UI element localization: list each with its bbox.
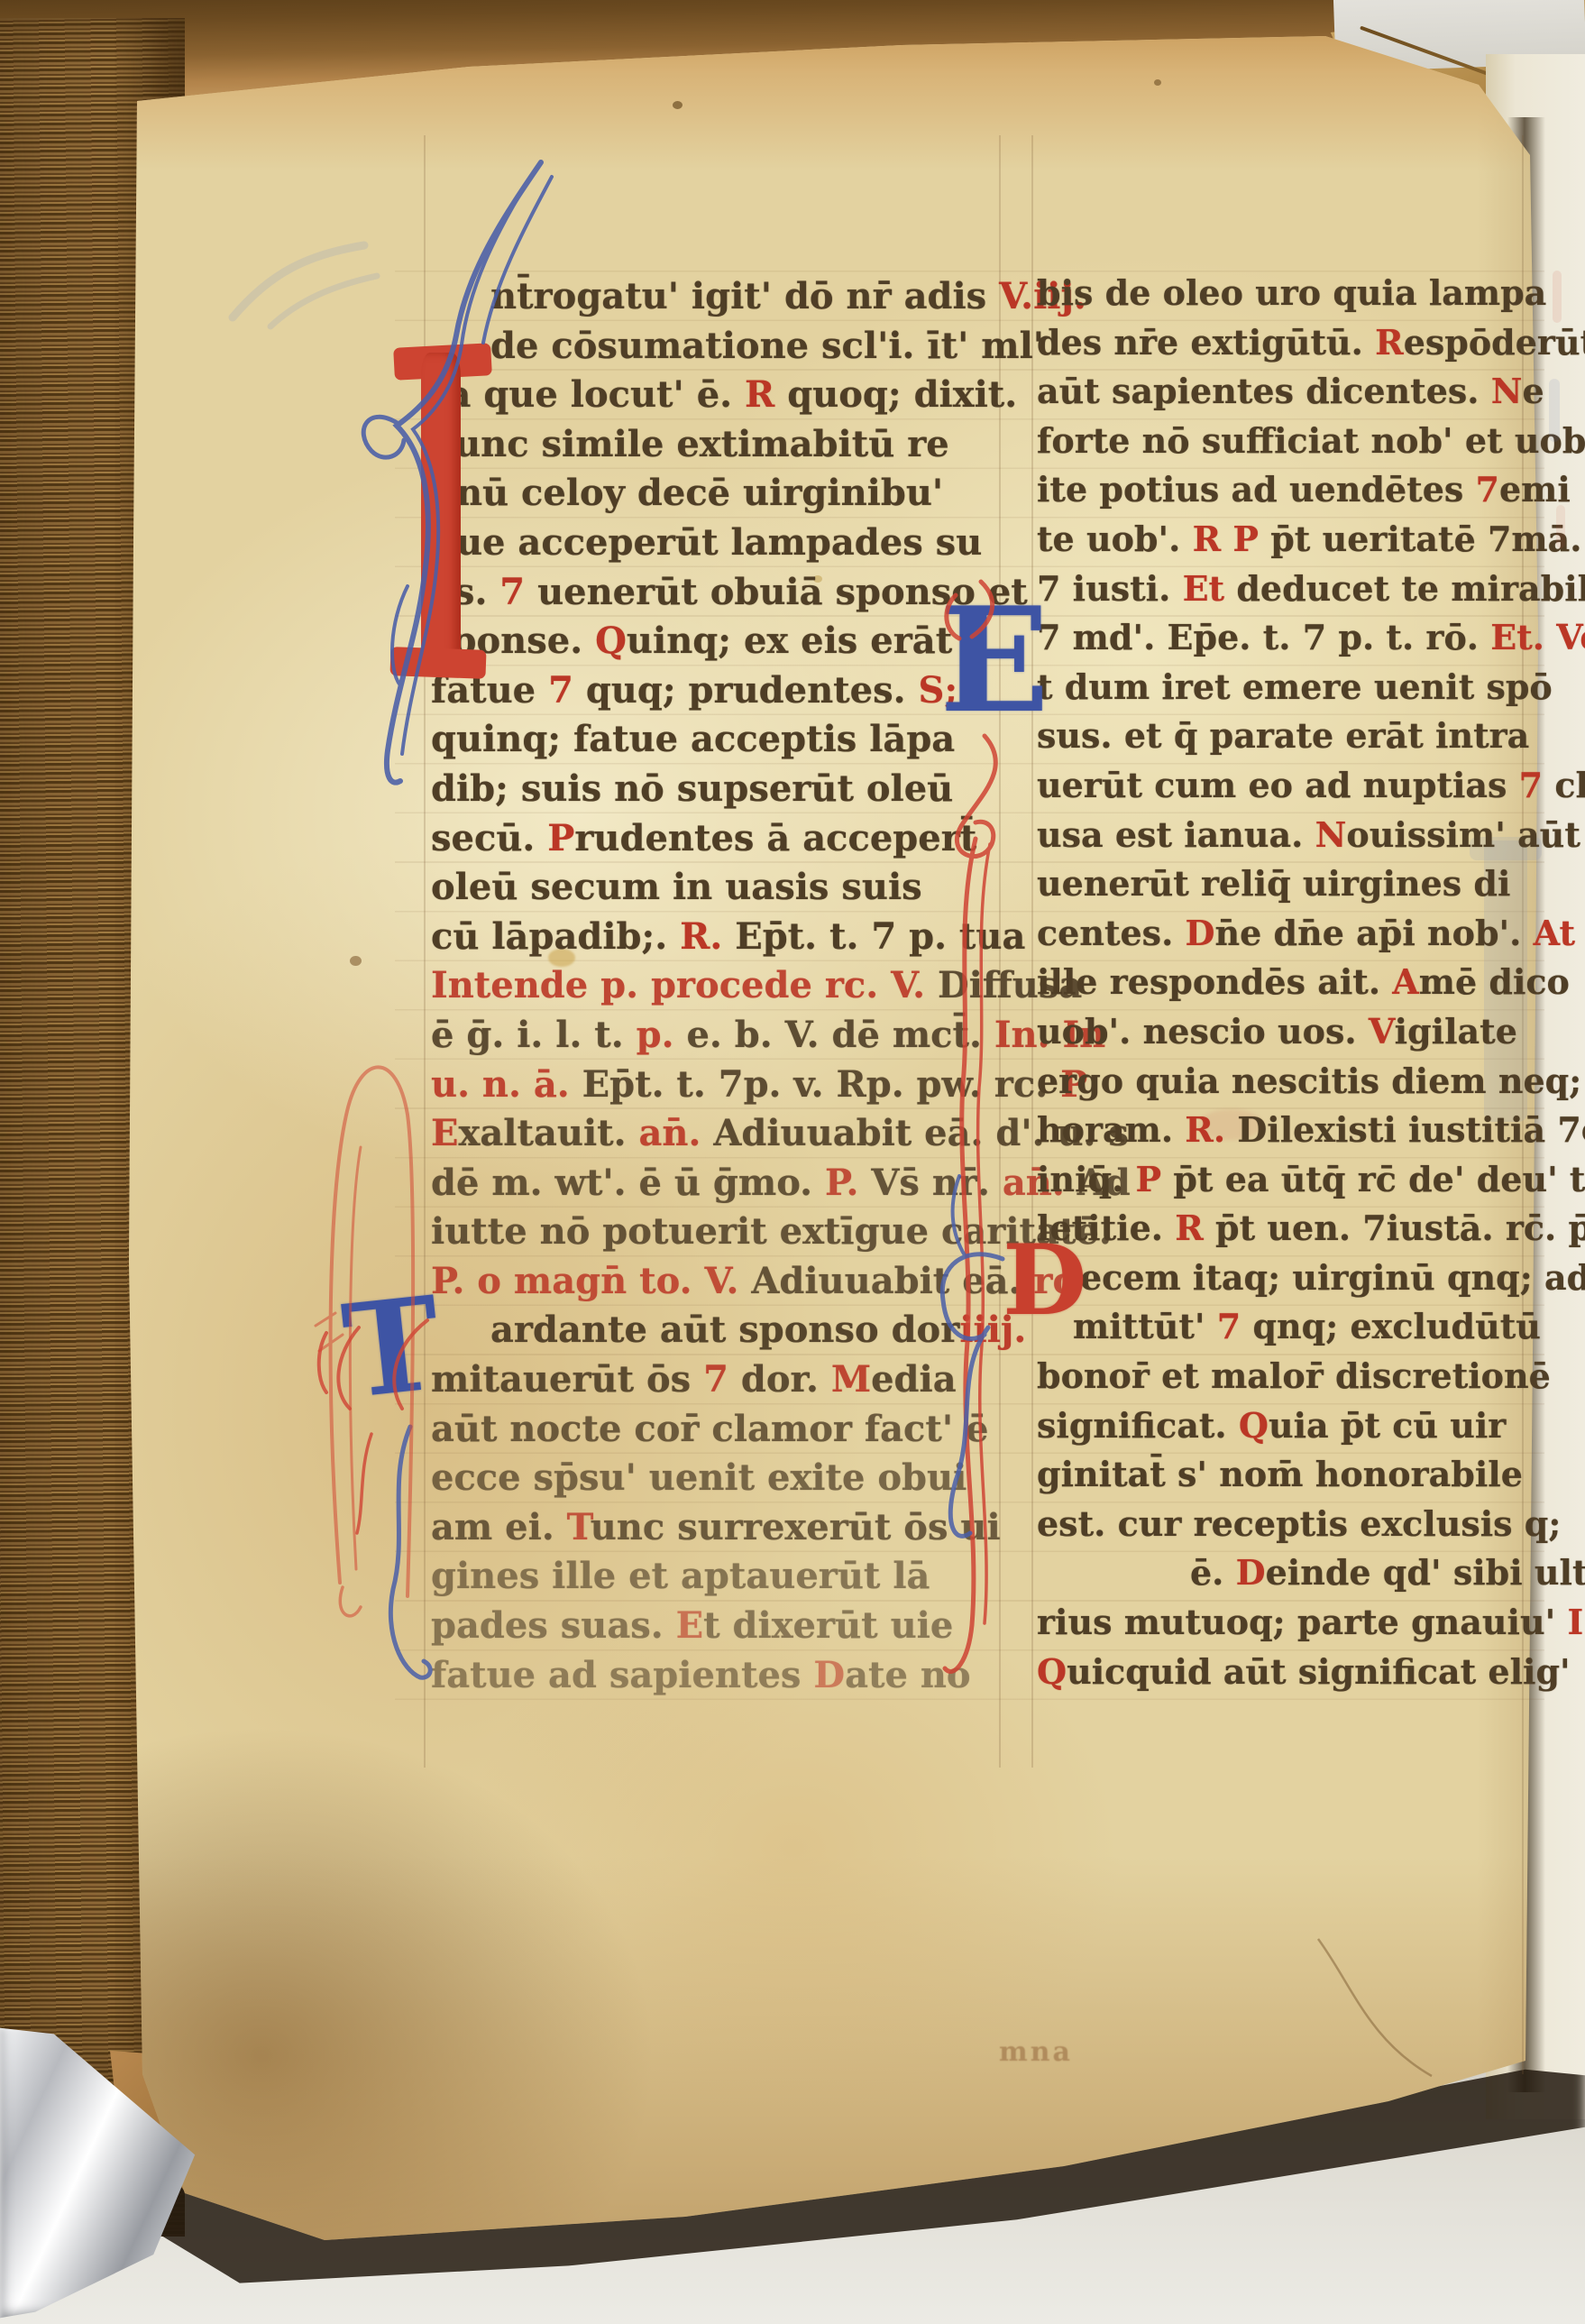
initial-T: T (338, 1280, 446, 1417)
body-text: ardante aūt sponso dor (490, 1309, 959, 1351)
body-text: usa est ianua. (1037, 814, 1315, 855)
body-text: te uob'. (1037, 519, 1193, 559)
manuscript-line: pades suas. Et dixerūt uie (431, 1602, 1008, 1651)
manuscript-line: rius mutuoq; parte gnauiu' I (1037, 1598, 1528, 1648)
manuscript-line: gnū celoy decē uirginibu' (431, 469, 1008, 519)
rubric-text: V (1369, 1011, 1395, 1052)
initial-I-serif (389, 647, 486, 679)
body-text: emi (1499, 469, 1571, 510)
body-text: einde qd' sibi ult (1266, 1552, 1585, 1593)
manuscript-line: uenerūt reliq̄ uirgines di (1037, 859, 1528, 909)
body-text: rius mutuoq; parte gnauiu' (1037, 1602, 1567, 1642)
body-text: quoq; dixit. (774, 373, 1017, 416)
body-text: forte nō sufficiat nob' et uob' (1037, 420, 1585, 461)
rubric-text: N (1315, 814, 1347, 855)
rubric-text: D (813, 1654, 845, 1696)
rubric-text: 7 (548, 669, 573, 712)
manuscript-line: que acceperūt lampades su (431, 519, 1008, 568)
body-text: Dilexisti iustitiā 7odi (1225, 1109, 1585, 1150)
manuscript-line: cū lāpadib;. R. Ep̄t. t. 7 p. tua (431, 913, 1008, 962)
manuscript-line: dē m. wt'. ē ū ḡmo. P. Vs̄ nr̄. an̄.… (431, 1159, 1008, 1208)
initial-I: I (394, 345, 491, 677)
rubric-text: Q (1239, 1405, 1269, 1446)
body-text: bonor̄ et malor̄ discretionē (1037, 1355, 1551, 1396)
rubric-text: Et (1183, 568, 1225, 609)
rubric-text: R. (1185, 1109, 1225, 1150)
rubric-text: p. (637, 1014, 674, 1056)
manuscript-line: ginitat̄ s' nom̄ honorabile (1037, 1450, 1528, 1500)
manuscript-line: nt̄rogatu' igit' dō nr̄ adis V.iij. (431, 272, 1008, 322)
catchword: mna (999, 2036, 1073, 2068)
body-text: ē ḡ. i. l. t. (431, 1014, 637, 1056)
body-text: igilate (1395, 1011, 1517, 1052)
rubric-text: P. o magn̄ to. V. (431, 1260, 751, 1302)
manuscript-line: aūt nocte cor̄ clamor fact' ē (431, 1405, 1008, 1455)
body-text: aūt nocte cor̄ clamor fact' ē (431, 1408, 988, 1450)
rubric-text: 7 (1476, 469, 1499, 510)
body-text: cū lāpadib;. (431, 915, 680, 958)
rubric-text: R (1375, 322, 1404, 363)
body-text: unc simile extimabitū re (454, 423, 949, 465)
body-text: nt̄rogatu' igit' dō nr̄ adis (490, 275, 986, 317)
body-text: ē. (1190, 1552, 1236, 1593)
manuscript-line: mitauerūt ōs 7 dor. Media (431, 1355, 1008, 1405)
manuscript-line: bis de oleo uro quia lampa (1037, 269, 1528, 318)
manuscript-line: letitie. R p̄t uen. 7iustā. rc̄. p̄t. V… (1037, 1204, 1528, 1254)
rubric-text: 7 (703, 1358, 728, 1401)
manuscript-line: am ei. Tunc surrexerūt ōs ui (431, 1503, 1008, 1553)
manuscript-photo: nt̄rogatu' igit' dō nr̄ adis V.iij.de c… (0, 0, 1585, 2324)
manuscript-line: ta que locut' ē. R quoq; dixit. (431, 371, 1008, 420)
body-text: qnq; excludūtū (1241, 1306, 1541, 1346)
body-text: mittūt' (1073, 1306, 1217, 1346)
manuscript-line: aūt sapientes dicentes. Ne (1037, 367, 1528, 417)
manuscript-line: ergo quia nescitis diem neq; (1037, 1057, 1528, 1107)
body-text: ille respondēs ait. (1037, 961, 1392, 1002)
body-text: xaltauit. (459, 1112, 639, 1154)
body-text: dē m. wt'. ē ū ḡmo. (431, 1162, 825, 1204)
body-text: dib; suis nō supserūt oleū (431, 767, 953, 810)
manuscript-line: 7 iusti. Et deducet te mirabili. dex (1037, 565, 1528, 614)
rubric-text: R. (680, 915, 722, 958)
body-text: t dixerūt uie (703, 1604, 953, 1647)
body-text: fatue ad sapientes (431, 1654, 813, 1696)
manuscript-line: significat. Quia p̄t cū uir (1037, 1401, 1528, 1451)
manuscript-line: gines ille et aptauerūt lā (431, 1552, 1008, 1602)
manuscript-line: Intende p. procede rc. V. Diffusa (431, 961, 1008, 1011)
manuscript-line: ē ḡ. i. l. t. p. e. b. V. dē mct̄. In… (431, 1011, 1008, 1061)
body-text: aūt sapientes dicentes. (1037, 371, 1491, 411)
body-text: Vs̄ nr̄. (858, 1162, 1002, 1204)
body-text: ergo quia nescitis diem neq; (1037, 1061, 1581, 1101)
body-text: uia p̄t cū uir (1269, 1405, 1506, 1446)
initial-I-stem (421, 353, 461, 668)
manuscript-line: ite potius ad uendētes 7emi (1037, 465, 1528, 515)
body-text: pades suas. (431, 1604, 676, 1647)
body-text: p̄t ea ūtq̄ rc̄ de' deu' tuū olō (1161, 1159, 1585, 1199)
body-text: 7 iusti. (1037, 568, 1183, 609)
body-text: ouissim' aūt (1346, 814, 1580, 855)
manuscript-line: sponse. Quinq; ex eis erāt (431, 617, 1008, 666)
body-text: bis de oleo uro quia lampa (1037, 272, 1546, 313)
body-text: Ep̄t. t. 7p. v. Rp. pw. rc. (582, 1063, 1060, 1106)
rubric-text: P (1136, 1159, 1162, 1199)
manuscript-line: ē. Deinde qd' sibi ult (1037, 1548, 1528, 1598)
manuscript-line: forte nō sufficiat nob' et uob' (1037, 417, 1528, 466)
body-text: uicquid aūt significat elig' (1067, 1651, 1571, 1692)
body-text: ite potius ad uendētes (1037, 469, 1476, 510)
ruling-vertical (1031, 135, 1033, 1768)
body-text: centes. (1037, 913, 1186, 953)
manuscript-line: fatue ad sapientes Date no (431, 1651, 1008, 1701)
body-text: n̄e dn̄e ap̄i nob'. (1214, 913, 1533, 953)
body-text: ecem itaq; uirginū qnq; ad (1080, 1257, 1585, 1298)
body-text: que acceperūt lampades su (431, 521, 982, 564)
manuscript-line: usa est ianua. Nouissim' aūt (1037, 811, 1528, 860)
body-text: Adiuuabit eā. (751, 1260, 1033, 1302)
rubric-text: D (1236, 1552, 1266, 1593)
rubric-text: Et. Ve. V. (1490, 617, 1585, 657)
rubric-text: At (1534, 913, 1575, 953)
body-text: uenerūt reliq̄ uirgines di (1037, 863, 1510, 904)
manuscript-line: as. 7 uenerūt obuiā sponso et (431, 568, 1008, 618)
body-text: mē dico (1419, 961, 1570, 1002)
manuscript-line: Exaltauit. an̄. Adiuuabit eā. d'. u. s (431, 1109, 1008, 1159)
initial-D: D (1003, 1232, 1087, 1329)
body-text: quq; prudentes. (573, 669, 919, 712)
manuscript-line: ecem itaq; uirginū qnq; ad (1037, 1254, 1528, 1303)
manuscript-line: horam. R. Dilexisti iustitiā 7odi (1037, 1106, 1528, 1155)
rubric-text: R (1175, 1208, 1204, 1248)
body-text: gines ille et aptauerūt lā (431, 1555, 930, 1597)
body-text: 7 md'. Ep̄e. t. 7 p. t. rō. (1037, 617, 1490, 657)
body-text: oleū secum in uasis suis (431, 866, 922, 908)
manuscript-line: uob'. nescio uos. Vigilate (1037, 1007, 1528, 1057)
body-text: p̄t ueritatē 7mā. (1259, 519, 1581, 559)
body-text: est. cur receptis exclusis q; (1037, 1503, 1561, 1544)
rubric-text: u. n. ā. (431, 1063, 582, 1106)
body-text: uerūt cum eo ad nuptias (1037, 765, 1519, 805)
manuscript-line: Tunc simile extimabitū re (431, 420, 1008, 470)
body-text: t dum iret emere uenit spō (1037, 666, 1553, 707)
manuscript-line: sus. et q̄ parate erāt intra (1037, 712, 1528, 761)
manuscript-line: t dum iret emere uenit spō (1037, 663, 1528, 712)
manuscript-line: P. o magn̄ to. V. Adiuuabit eā. rc (431, 1257, 1008, 1307)
manuscript-line: ardante aūt sponso doriiij. (431, 1306, 1008, 1355)
body-text: Ep̄t. t. 7 p. tua (722, 915, 1025, 958)
body-text: e. b. V. dē mct̄. (674, 1014, 994, 1056)
body-text: ginitat̄ s' nom̄ honorabile (1037, 1454, 1523, 1494)
body-text: secū. (431, 817, 547, 859)
manuscript-line: bonor̄ et malor̄ discretionē (1037, 1352, 1528, 1401)
body-text: e (1522, 371, 1544, 411)
rubric-text: E (676, 1604, 704, 1647)
manuscript-line: centes. Dn̄e dn̄e ap̄i nob'. At (1037, 909, 1528, 959)
rubric-text: R (745, 373, 774, 416)
text-column-left: nt̄rogatu' igit' dō nr̄ adis V.iij.de c… (431, 272, 1008, 1700)
body-text: rudentes ā accepert̄ (574, 817, 976, 859)
initial-letter: I (394, 345, 395, 346)
manuscript-line: quinq; fatue acceptis lāpa (431, 715, 1008, 765)
manuscript-line: des nr̄e extigūtū. Respōderūt (1037, 318, 1528, 368)
manuscript-line: oleū secum in uasis suis (431, 863, 1008, 913)
manuscript-line: 7 md'. Ep̄e. t. 7 p. t. rō. Et. Ve. V. (1037, 613, 1528, 663)
rubric-text: Intende p. procede rc. V. (431, 964, 938, 1006)
manuscript-line: iniq̄. P p̄t ea ūtq̄ rc̄ de' deu' tuū … (1037, 1155, 1528, 1205)
parchment-stain (350, 956, 362, 966)
body-text: uinq; ex eis erāt (627, 620, 952, 662)
body-text: espōderūt (1404, 322, 1585, 363)
manuscript-line: u. n. ā. Ep̄t. t. 7p. v. Rp. pw. rc. P (431, 1061, 1008, 1110)
manuscript-line: fatue 7 quq; prudentes. S; (431, 666, 1008, 716)
ink-stain (1154, 79, 1161, 86)
rubric-text: R P (1193, 519, 1259, 559)
body-text: iniq̄. (1037, 1159, 1136, 1199)
ink-stain (673, 101, 683, 109)
body-text: am ei. (431, 1506, 567, 1548)
manuscript-line: de cōsumatione scl'i. īt' ml' (431, 322, 1008, 372)
body-text: sus. et q̄ parate erāt intra (1037, 715, 1529, 756)
body-text: unc surrexerūt ōs ui (591, 1506, 1001, 1548)
rubric-text: 7 (1217, 1306, 1241, 1346)
manuscript-line: Quicquid aūt significat elig' (1037, 1648, 1528, 1697)
manuscript-line: te uob'. R P p̄t ueritatē 7mā. (1037, 515, 1528, 565)
body-text: quinq; fatue acceptis lāpa (431, 718, 955, 760)
manuscript-line: iutte nō potuerit extīgue caritatē. (431, 1208, 1008, 1257)
initial-E: E (939, 588, 1049, 732)
body-text: ecce sp̄su' uenit exite obui (431, 1456, 967, 1499)
rubric-text: D (1186, 913, 1215, 953)
body-text: dor. (728, 1358, 831, 1401)
rubric-text: P. (825, 1162, 858, 1204)
manuscript-line: dib; suis nō supserūt oleū (431, 765, 1008, 814)
body-text: de cōsumatione scl'i. īt' ml' (490, 325, 1044, 367)
body-text: des nr̄e extigūtū. (1037, 322, 1375, 363)
manuscript-line: ille respondēs ait. Amē dico (1037, 958, 1528, 1007)
rubric-text: P (547, 817, 574, 859)
text-column-right: bis de oleo uro quia lampades nr̄e extig… (1037, 269, 1528, 1696)
manuscript-line: mittūt' 7 qnq; excludūtū (1037, 1302, 1528, 1352)
rubric-text: Q (595, 620, 627, 662)
body-text: edia (871, 1358, 957, 1401)
body-text: horam. (1037, 1109, 1185, 1150)
rubric-text: Q (1037, 1651, 1067, 1692)
rubric-text: 7 (1519, 765, 1543, 805)
rubric-text: 7 (499, 571, 525, 613)
body-text: ate no (845, 1654, 971, 1696)
rubric-text: E (431, 1112, 459, 1154)
manuscript-line: est. cur receptis exclusis q; (1037, 1500, 1528, 1549)
body-text: uob'. nescio uos. (1037, 1011, 1369, 1052)
body-text: significat. (1037, 1405, 1239, 1446)
body-text: deducet te mirabili. dex (1224, 568, 1585, 609)
rubric-text: an̄. (638, 1112, 701, 1154)
manuscript-line: ecce sp̄su' uenit exite obui (431, 1454, 1008, 1503)
manuscript-line: secū. Prudentes ā accepert̄ (431, 814, 1008, 864)
rubric-text: N (1491, 371, 1523, 411)
rubric-text: T (567, 1506, 591, 1548)
rubric-text: A (1392, 961, 1418, 1002)
manuscript-line: uerūt cum eo ad nuptias 7 cla (1037, 761, 1528, 811)
body-text: mitauerūt ōs (431, 1358, 703, 1401)
body-text: p̄t uen. 7iustā. rc̄. p̄t. (1204, 1208, 1585, 1248)
rubric-text: M (831, 1358, 871, 1401)
rubric-text: I (1567, 1602, 1583, 1642)
body-text: cla (1543, 765, 1585, 805)
body-text: gnū celoy decē uirginibu' (431, 472, 943, 514)
